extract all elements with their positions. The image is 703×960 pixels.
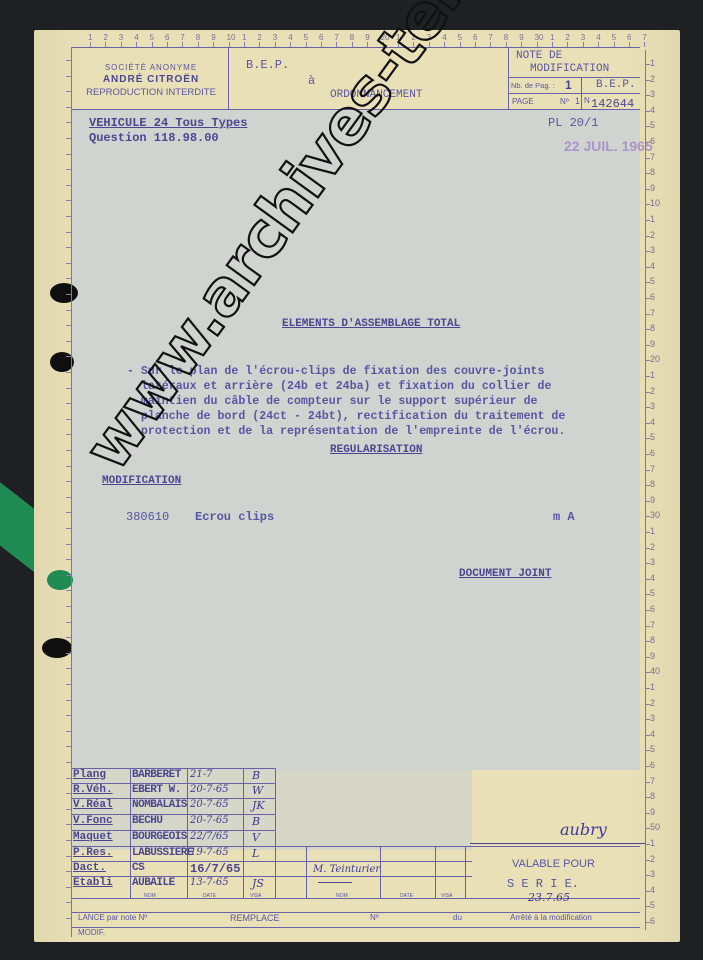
ruler-tick-label: 2: [257, 33, 261, 42]
ruler-tick-label: 1: [550, 33, 554, 42]
ruler-tick-label: 5: [650, 744, 655, 754]
ruler-tick-label: 9: [211, 33, 215, 42]
ruler-tick-label: 2: [103, 33, 107, 42]
part-code: m A: [553, 510, 575, 524]
ruler-tick-label: 4: [288, 33, 292, 42]
ruler-tick-label: 5: [612, 33, 616, 42]
from-department: B.E.P.: [246, 58, 289, 72]
approval-visa: V: [252, 831, 260, 844]
ruler-tick-label: 10: [227, 33, 236, 42]
ruler-tick-label: 3: [650, 713, 655, 723]
remplace-label: REMPLACE: [230, 913, 280, 923]
ruler-tick-label: 6: [627, 33, 631, 42]
approval-name: AUBAILE: [132, 877, 175, 889]
ruler-tick-label: 9: [650, 807, 655, 817]
paragraph-line: protection et de la représentation de l'…: [127, 424, 565, 439]
approval-role: Maquet: [73, 831, 113, 843]
paragraph-line: maintien du câble de compteur sur le sup…: [127, 394, 565, 409]
date-stamp: 22 JUIL. 1965: [564, 138, 653, 154]
ruler-tick-label: 8: [650, 167, 655, 177]
ruler-tick-label: 3: [650, 557, 655, 567]
approval-name: LABUSSIERE: [132, 847, 193, 859]
approval-date: 20-7-65: [190, 799, 229, 810]
approval-name: EBERT W.: [132, 784, 181, 796]
ruler-tick-label: 4: [650, 105, 655, 115]
lance-label: LANCE par note Nº: [78, 913, 147, 922]
approval-role: P.Res.: [73, 847, 113, 859]
approval-name: CS: [132, 862, 144, 874]
ruler-tick-label: 20: [650, 354, 660, 364]
ruler-tick-label: 7: [642, 33, 646, 42]
ruler-tick-label: 7: [650, 308, 655, 318]
page-label: PAGE: [512, 97, 534, 106]
ruler-tick-label: 6: [650, 604, 655, 614]
question-ref: Question 118.98.00: [89, 131, 219, 145]
note-no-label: N: [584, 96, 590, 105]
document-joint-label: DOCUMENT JOINT: [459, 568, 551, 580]
paragraph-line: planche de bord (24ct - 24bt), rectifica…: [127, 409, 565, 424]
du-label: du: [453, 913, 462, 922]
ruler-tick-label: 1: [650, 370, 655, 380]
approval-visa: B: [252, 769, 260, 782]
ruler-tick-label: 5: [650, 432, 655, 442]
ruler-tick-label: 6: [473, 33, 477, 42]
ruler-tick-label: 4: [650, 261, 655, 271]
ruler-tick-label: 1: [650, 682, 655, 692]
ruler-tick-label: 8: [650, 635, 655, 645]
approval-name: NOMBALAIS: [132, 799, 187, 811]
ruler-tick-label: 3: [273, 33, 277, 42]
approval-visa: B: [252, 815, 260, 828]
approval-date: 21-7: [190, 769, 212, 780]
ruler-tick-label: 3: [650, 401, 655, 411]
ruler-tick-label: 6: [319, 33, 323, 42]
ruler-tick-label: 3: [650, 869, 655, 879]
note-title-line1: NOTE DE: [516, 50, 562, 62]
ruler-tick-label: 1: [242, 33, 246, 42]
ruler-tick-label: 7: [650, 464, 655, 474]
ruler-tick-label: 9: [650, 183, 655, 193]
ruler-tick-label: 9: [650, 495, 655, 505]
company-name: ANDRÉ CITROËN: [76, 74, 226, 85]
ruler-tick-label: 2: [650, 386, 655, 396]
approval-name: BECHU: [132, 815, 163, 827]
punch-hole: [47, 570, 73, 590]
col-nom-label: NOM: [144, 893, 156, 899]
ruler-tick-label: 4: [650, 729, 655, 739]
ruler-tick-label: 5: [150, 33, 154, 42]
ruler-tick-label: 1: [650, 214, 655, 224]
arrete-label: Arrêté à la modification: [510, 913, 592, 922]
ruler-tick-label: 4: [134, 33, 138, 42]
part-name: Ecrou clips: [195, 510, 274, 524]
modification-heading: MODIFICATION: [102, 475, 181, 487]
ruler-tick-label: 9: [650, 339, 655, 349]
ruler-tick-label: 7: [334, 33, 338, 42]
ruler-tick-label: 10: [650, 198, 660, 208]
ruler-tick-label: 7: [650, 620, 655, 630]
note-title-line2: MODIFICATION: [530, 63, 609, 75]
approval-role: Etabli: [73, 877, 113, 889]
ruler-tick-label: 5: [650, 900, 655, 910]
ruler-tick-label: 9: [650, 651, 655, 661]
ruler-tick-label: 6: [650, 916, 655, 926]
ruler-tick-label: 4: [650, 573, 655, 583]
ruler-tick-label: 1: [650, 526, 655, 536]
to-word: à: [308, 74, 315, 88]
ruler-tick-label: 2: [565, 33, 569, 42]
approval-role: V.Réal: [73, 799, 113, 811]
second-block-name: M. Teinturier: [313, 864, 380, 875]
plan-ref: PL 20/1: [548, 116, 598, 130]
approval-date: 20-7-65: [190, 784, 229, 795]
approval-visa: JS: [252, 877, 264, 890]
col-visa-label: VISA: [250, 893, 261, 899]
ruler-tick-label: 3: [119, 33, 123, 42]
ruler-tick-label: 9: [519, 33, 523, 42]
nb-pages-value: 1: [565, 78, 572, 92]
ruler-tick-label: 1: [650, 838, 655, 848]
punch-hole: [42, 638, 72, 658]
approval-date: 19-7-65: [190, 847, 229, 858]
vehicle-title: VEHICULE 24 Tous Types: [89, 116, 247, 130]
punch-hole: [50, 283, 78, 303]
section-heading: ELEMENTS D'ASSEMBLAGE TOTAL: [282, 318, 460, 330]
ruler-tick-label: 8: [650, 479, 655, 489]
approval-visa: W: [252, 784, 263, 797]
ruler-tick-label: 2: [650, 74, 655, 84]
ruler-tick-label: 6: [650, 760, 655, 770]
ruler-tick-label: 2: [650, 698, 655, 708]
ruler-tick-label: 1: [88, 33, 92, 42]
second-col-visa: VISA: [441, 893, 452, 899]
ruler-tick-label: 5: [304, 33, 308, 42]
approval-date: 22/7/65: [190, 831, 229, 842]
approval-role: R.Véh.: [73, 784, 113, 796]
serie-date: 23.7.65: [528, 891, 570, 904]
ruler-tick-label: 7: [488, 33, 492, 42]
approval-visa: JK: [252, 799, 265, 812]
approval-date: 20-7-65: [190, 815, 229, 826]
approval-date: 13-7-65: [190, 877, 229, 888]
ruler-tick-label: 3: [650, 89, 655, 99]
ruler-tick-label: 2: [650, 854, 655, 864]
ruler-tick-label: 8: [350, 33, 354, 42]
ruler-tick-label: 3: [581, 33, 585, 42]
ruler-tick-label: 5: [650, 276, 655, 286]
approval-name: BOURGEOIS: [132, 831, 187, 843]
approval-name: BARBERET: [132, 769, 181, 781]
dept-code: B.E.P.: [596, 79, 636, 91]
regularisation-label: REGULARISATION: [330, 444, 422, 456]
reproduction-notice: REPRODUCTION INTERDITE: [76, 87, 226, 98]
approval-role: Dact.: [73, 862, 106, 874]
ruler-tick-label: 2: [650, 542, 655, 552]
ruler-tick-label: 6: [650, 448, 655, 458]
ruler-tick-label: 30: [535, 33, 544, 42]
ruler-tick-label: 4: [650, 885, 655, 895]
col-date-label: DATE: [203, 893, 216, 899]
nb-pages-label: Nb. de Pag. :: [511, 81, 555, 90]
ruler-tick-label: 6: [650, 292, 655, 302]
second-col-date: DATE: [400, 893, 413, 899]
number-label: Nº: [370, 913, 379, 922]
ruler-tick-label: 8: [650, 323, 655, 333]
ruler-tick-label: 8: [504, 33, 508, 42]
note-number: 142644: [591, 97, 634, 111]
ruler-tick-label: 6: [165, 33, 169, 42]
page-no-value: 1: [575, 96, 580, 106]
page-no-label: Nº: [560, 97, 569, 106]
ruler-tick-label: 5: [458, 33, 462, 42]
validation-signature: aubry: [560, 820, 607, 839]
ruler-tick-label: 40: [650, 666, 660, 676]
approval-visa: L: [252, 847, 259, 860]
ruler-tick-label: 5: [650, 120, 655, 130]
ruler-tick-label: 2: [650, 230, 655, 240]
modif-label: MODIF.: [78, 928, 105, 937]
second-col-nom: NOM: [336, 893, 348, 899]
valid-for-label: VALABLE POUR: [512, 858, 595, 870]
approval-role: V.Fonc: [73, 815, 113, 827]
part-number: 380610: [126, 510, 169, 524]
ruler-tick-label: 1: [650, 58, 655, 68]
company-type: SOCIÉTÉ ANONYME: [76, 63, 226, 72]
ruler-tick-label: 30: [650, 510, 660, 520]
ruler-tick-label: 50: [650, 822, 660, 832]
ruler-tick-label: 8: [196, 33, 200, 42]
serie-label: S E R I E.: [507, 877, 579, 891]
approval-role: Plang: [73, 769, 106, 781]
ruler-tick-label: 4: [650, 417, 655, 427]
approval-date: 16/7/65: [190, 862, 240, 876]
ruler-tick-label: 5: [650, 588, 655, 598]
ruler-tick-label: 7: [650, 776, 655, 786]
ruler-tick-label: 3: [650, 245, 655, 255]
ruler-tick-label: 7: [180, 33, 184, 42]
ruler-tick-label: 8: [650, 791, 655, 801]
ruler-tick-label: 4: [596, 33, 600, 42]
